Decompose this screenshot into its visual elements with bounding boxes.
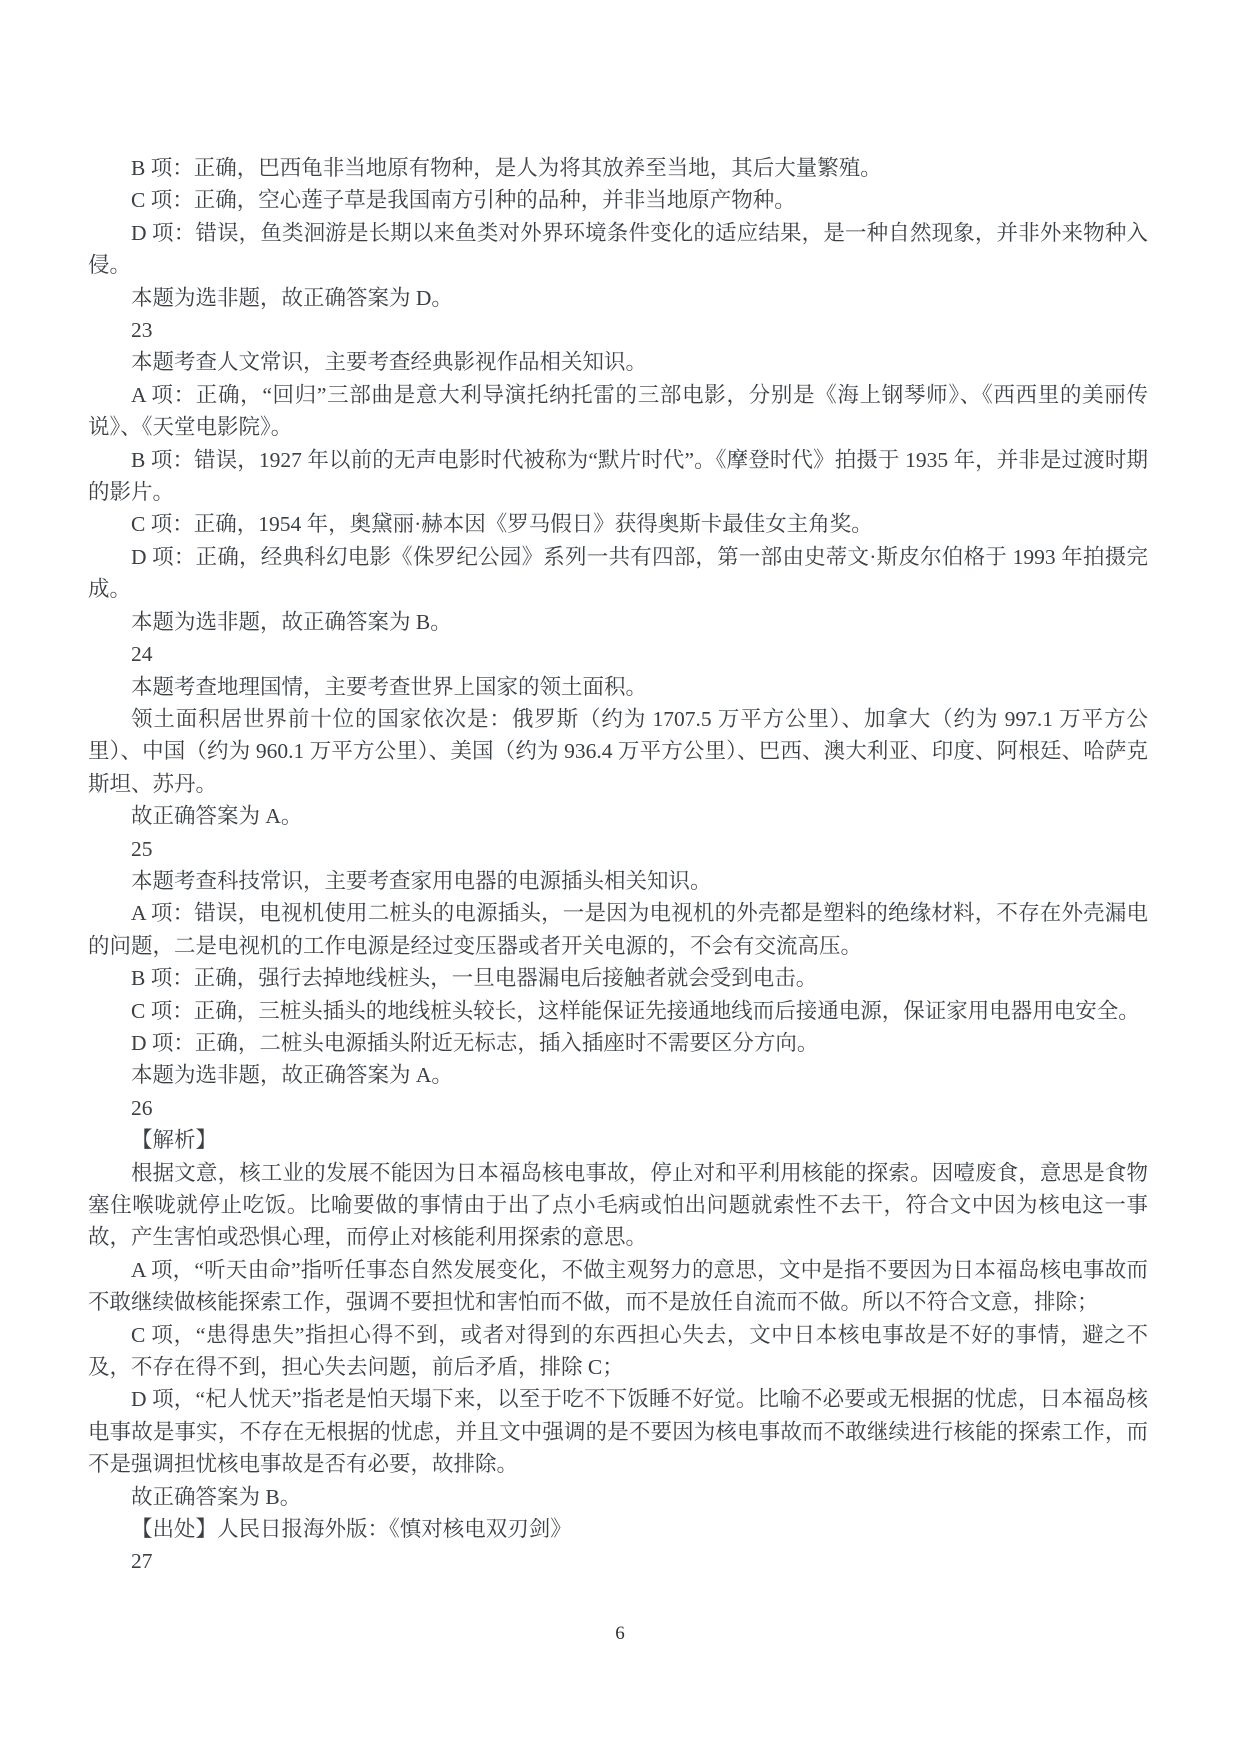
- page-footer: 6: [0, 1622, 1240, 1646]
- question-number-25: 25: [88, 833, 1148, 865]
- answer-statement: 故正确答案为 B。: [88, 1481, 1148, 1513]
- answer-statement: 本题为选非题，故正确答案为 A。: [88, 1059, 1148, 1091]
- knowledge-statement: 领土面积居世界前十位的国家依次是：俄罗斯（约为 1707.5 万平方公里）、加拿…: [88, 703, 1148, 800]
- option-analysis-b: B 项：正确，强行去掉地线桩头，一旦电器漏电后接触者就会受到电击。: [88, 962, 1148, 994]
- option-analysis-c: C 项，“患得患失”指担心得不到，或者对得到的东西担心失去，文中日本核电事故是不…: [88, 1319, 1148, 1384]
- option-analysis-b: B 项：正确，巴西龟非当地原有物种，是人为将其放养至当地，其后大量繁殖。: [88, 152, 1148, 184]
- answer-statement: 本题为选非题，故正确答案为 D。: [88, 282, 1148, 314]
- exam-point-statement: 本题考查地理国情，主要考查世界上国家的领土面积。: [88, 671, 1148, 703]
- page-number: 6: [615, 1623, 625, 1644]
- analysis-section-label: 【解析】: [88, 1124, 1148, 1156]
- passage-analysis: 根据文意，核工业的发展不能因为日本福岛核电事故，停止对和平利用核能的探索。因噎废…: [88, 1157, 1148, 1254]
- option-analysis-a: A 项：错误，电视机使用二桩头的电源插头，一是因为电视机的外壳都是塑料的绝缘材料…: [88, 897, 1148, 962]
- option-analysis-d: D 项：正确，二桩头电源插头附近无标志，插入插座时不需要区分方向。: [88, 1027, 1148, 1059]
- answer-explanation-content: B 项：正确，巴西龟非当地原有物种，是人为将其放养至当地，其后大量繁殖。 C 项…: [88, 152, 1148, 1578]
- document-page: B 项：正确，巴西龟非当地原有物种，是人为将其放养至当地，其后大量繁殖。 C 项…: [0, 0, 1240, 1754]
- option-analysis-d: D 项：正确，经典科幻电影《侏罗纪公园》系列一共有四部，第一部由史蒂文·斯皮尔伯…: [88, 541, 1148, 606]
- option-analysis-c: C 项：正确，1954 年，奥黛丽·赫本因《罗马假日》获得奥斯卡最佳女主角奖。: [88, 508, 1148, 540]
- question-number-23: 23: [88, 314, 1148, 346]
- answer-statement: 本题为选非题，故正确答案为 B。: [88, 606, 1148, 638]
- question-number-24: 24: [88, 638, 1148, 670]
- option-analysis-b: B 项：错误，1927 年以前的无声电影时代被称为“默片时代”。《摩登时代》拍摄…: [88, 444, 1148, 509]
- option-analysis-c: C 项：正确，三桩头插头的地线桩头较长，这样能保证先接通地线而后接通电源，保证家…: [88, 995, 1148, 1027]
- source-reference: 【出处】人民日报海外版：《慎对核电双刃剑》: [88, 1513, 1148, 1545]
- question-number-27: 27: [88, 1545, 1148, 1577]
- exam-point-statement: 本题考查科技常识，主要考查家用电器的电源插头相关知识。: [88, 865, 1148, 897]
- option-analysis-a: A 项，“听天由命”指听任事态自然发展变化，不做主观努力的意思，文中是指不要因为…: [88, 1254, 1148, 1319]
- exam-point-statement: 本题考查人文常识，主要考查经典影视作品相关知识。: [88, 346, 1148, 378]
- option-analysis-d: D 项，“杞人忧天”指老是怕天塌下来，以至于吃不下饭睡不好觉。比喻不必要或无根据…: [88, 1383, 1148, 1480]
- option-analysis-a: A 项：正确，“回归”三部曲是意大利导演托纳托雷的三部电影，分别是《海上钢琴师》…: [88, 379, 1148, 444]
- answer-statement: 故正确答案为 A。: [88, 800, 1148, 832]
- option-analysis-c: C 项：正确，空心莲子草是我国南方引种的品种，并非当地原产物种。: [88, 184, 1148, 216]
- option-analysis-d: D 项：错误，鱼类洄游是长期以来鱼类对外界环境条件变化的适应结果，是一种自然现象…: [88, 217, 1148, 282]
- question-number-26: 26: [88, 1092, 1148, 1124]
